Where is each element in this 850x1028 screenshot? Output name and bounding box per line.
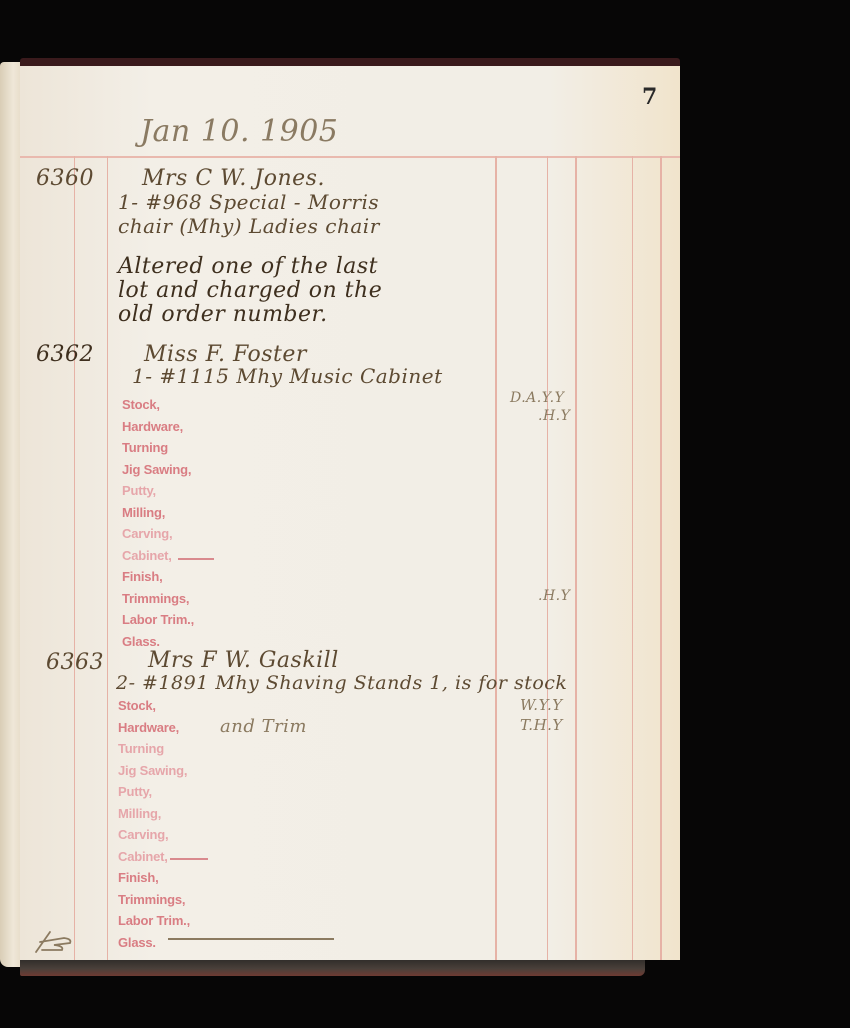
cabinet-rule [178,558,214,560]
previous-page-edge [0,62,22,967]
item-line: chair (Mhy) Ladies chair [118,214,380,238]
workman-mark: W.Y.Y [520,696,563,714]
column-rule [495,156,497,960]
note-line: old order number. [118,302,328,327]
cost-label-cabinet: Cabinet, [118,846,190,868]
cost-label-trimmings: Trimmings, [118,889,190,911]
cost-label-finish: Finish, [118,867,190,889]
cost-label-cabinet: Cabinet, [122,545,194,567]
column-rule [547,156,548,960]
header-rule [20,156,680,158]
workman-mark: .H.Y [538,408,570,424]
note-line: Altered one of the last [118,254,378,279]
cost-label-milling: Milling, [118,803,190,825]
item-line: 2- #1891 Mhy Shaving Stands 1, is for st… [116,672,567,694]
book-cover-bottom [20,958,645,976]
cost-label-turning: Turning [122,437,194,459]
cost-label-milling: Milling, [122,502,194,524]
cost-label-trimmings: Trimmings, [122,588,194,610]
workman-mark: D.A.Y.Y [510,390,564,406]
note-line: lot and charged on the [118,278,382,303]
item-line: 1- #968 Special - Morris [118,190,379,214]
item-line: and Trim [220,716,307,737]
workman-mark: T.H.Y [520,716,563,734]
cost-label-jig-sawing: Jig Sawing, [118,760,190,782]
cost-label-labor-trim: Labor Trim., [118,910,190,932]
cabinet-rule [170,858,208,860]
ledger-page: 7 Jan 10. 1905 6360 Mrs C W. Jones. 1- #… [20,66,680,960]
order-number: 6362 [36,342,94,367]
cost-label-stock: Stock, [122,394,194,416]
customer-name: Mrs F W. Gaskill [148,648,339,673]
workman-mark: .H.Y [538,588,570,604]
cost-label-putty: Putty, [122,480,194,502]
cost-label-list: Stock, Hardware, Turning Jig Sawing, Put… [122,394,194,652]
item-line: 1- #1115 Mhy Music Cabinet [132,364,443,388]
order-number: 6360 [36,166,94,191]
cost-label-putty: Putty, [118,781,190,803]
order-number: 6363 [46,650,104,675]
column-rule [107,156,108,960]
customer-name: Mrs C W. Jones. [142,166,325,191]
ledger-date: Jan 10. 1905 [140,114,338,149]
cost-label-jig-sawing: Jig Sawing, [122,459,194,481]
column-rule [74,156,75,960]
cost-label-hardware: Hardware, [122,416,194,438]
cost-label-finish: Finish, [122,566,194,588]
cost-label-glass: Glass. [118,932,190,954]
cost-label-labor-trim: Labor Trim., [122,609,194,631]
cost-label-turning: Turning [118,738,190,760]
cost-label-stock: Stock, [118,695,190,717]
pointing-hand-icon [34,928,78,954]
cost-label-hardware: Hardware, [118,717,190,739]
page-number: 7 [642,84,657,110]
cost-label-carving: Carving, [118,824,190,846]
column-rule [660,156,662,960]
cost-label-list: Stock, Hardware, Turning Jig Sawing, Put… [118,695,190,953]
column-rule [575,156,577,960]
column-rule [632,156,633,960]
glass-ink-rule [168,938,334,940]
cost-label-carving: Carving, [122,523,194,545]
